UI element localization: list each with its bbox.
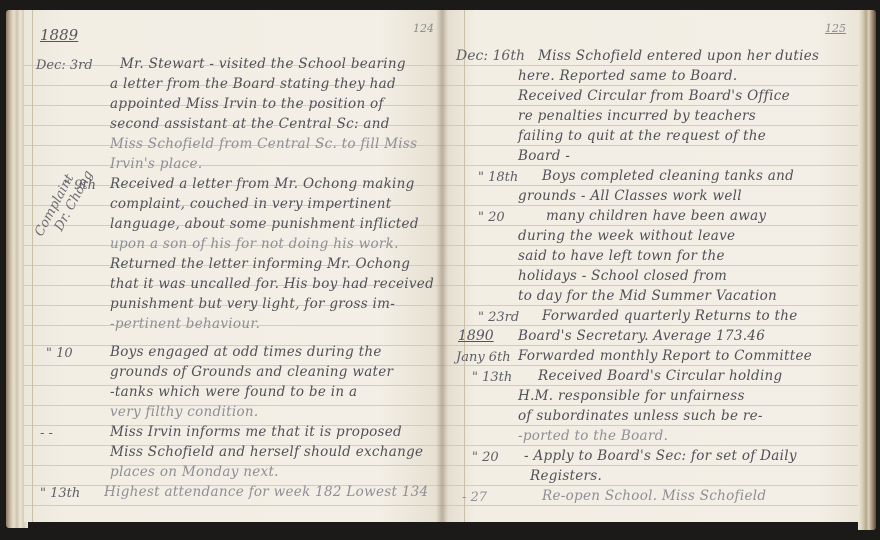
entry-date: Jany 6th [456,350,511,365]
page-number: 125 [825,22,846,35]
entry-line: appointed Miss Irvin to the position of [110,96,384,112]
entry-line: Miss Schofield and herself should exchan… [110,444,423,460]
entry-line: H.M. responsible for unfairness [518,388,745,404]
entry-line: Boys engaged at odd times during the [110,344,382,360]
entry-line: Received Board's Circular holding [538,368,783,384]
entry-line: places on Monday next. [110,464,279,480]
entry-date: - 27 [462,490,487,505]
entry-date: - - [40,426,53,441]
year-heading: 1889 [40,26,78,44]
entry-line: Mr. Stewart - visited the School bearing [120,56,406,72]
page-stack-right [858,10,876,530]
entry-line: Forwarded monthly Report to Committee [518,348,812,364]
year-heading: 1890 [458,328,494,344]
entry-line: failing to quit at the request of the [518,128,766,144]
entry-line: said to have left town for the [518,248,725,264]
entry-line: grounds of Grounds and cleaning water [110,364,393,380]
entry-line: a letter from the Board stating they had [110,76,396,92]
entry-date: " 20 [472,450,499,465]
entry-line: that it was uncalled for. His boy had re… [110,276,434,292]
entry-line: many children have been away [546,208,766,224]
entry-line: grounds - All Classes work well [518,188,742,204]
entry-date: Dec: 16th [456,48,525,64]
entry-line: - Apply to Board's Sec: for set of Daily [524,448,797,464]
entry-line: Returned the letter informing Mr. Ochong [110,256,410,272]
left-page: 124 1889 Complaint Dr. Chong Dec: 3rd Mr… [24,10,442,522]
entry-line: upon a son of his for not doing his work… [110,236,399,252]
entry-line: to day for the Mid Summer Vacation [518,288,777,304]
entry-date: " 23rd [478,310,519,325]
margin-line [32,10,33,522]
entry-line: Miss Schofield entered upon her duties [538,48,819,64]
entry-line: Miss Schofield from Central Sc. to fill … [110,136,417,152]
entry-line: second assistant at the Central Sc: and [110,116,390,132]
entry-line: of subordinates unless such be re- [518,408,763,424]
entry-line: Board - [518,148,570,164]
open-log-book: 124 1889 Complaint Dr. Chong Dec: 3rd Mr… [0,0,880,540]
entry-line: language, about some punishment inflicte… [110,216,419,232]
entry-line: very filthy condition. [110,404,258,420]
entry-date: " 13th [472,370,512,385]
entry-date: " 18th [478,170,518,185]
entry-date: Dec: 3rd [36,58,93,73]
entry-line: Board's Secretary. Average 173.46 [518,328,765,344]
entry-line: Received a letter from Mr. Ochong making [110,176,415,192]
entry-line: Highest attendance for week 182 Lowest 1… [104,484,428,500]
entry-line: during the week without leave [518,228,735,244]
entry-line: Received Circular from Board's Office [518,88,790,104]
entry-line: Registers. [530,468,602,484]
entry-date: " 10 [46,346,73,361]
entry-line: re penalties incurred by teachers [518,108,756,124]
right-page: 125 Dec: 16th Miss Schofield entered upo… [442,10,858,522]
entry-date: " 13th [40,486,80,501]
entry-line: Forwarded quarterly Returns to the [542,308,798,324]
entry-line: holidays - School closed from [518,268,727,284]
entry-line: punishment but very light, for gross im- [110,296,395,312]
entry-line: -tanks which were found to be in a [110,384,357,400]
entry-line: Re-open School. Miss Schofield [542,488,766,504]
entry-date: " 20 [478,210,505,225]
entry-line: -pertinent behaviour. [110,316,260,332]
page-number: 124 [413,22,434,35]
margin-line [464,10,465,522]
entry-line: Irvin's place. [110,156,202,172]
entry-line: complaint, couched in very impertinent [110,196,392,212]
entry-line: Boys completed cleaning tanks and [542,168,794,184]
entry-date: " 9th [64,178,96,193]
entry-line: here. Reported same to Board. [518,68,738,84]
entry-line: -ported to the Board. [518,428,668,444]
entry-line: Miss Irvin informs me that it is propose… [110,424,402,440]
